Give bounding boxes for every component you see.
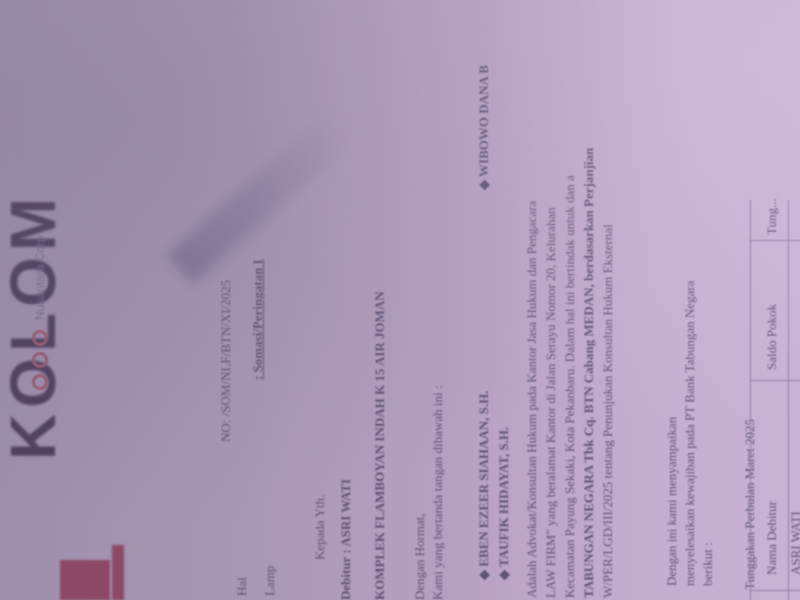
attachment-label: Lamp	[262, 566, 278, 596]
table-header-balance: Saldo Pokok	[764, 304, 780, 370]
reference-number: NO: /SOM/NLF/BTN/XI/2025	[218, 280, 234, 442]
letterhead-red-stripe	[112, 545, 124, 600]
paper-fold-shadow	[167, 108, 357, 285]
letterhead-red-bar	[60, 560, 110, 600]
recipient-name: Debitur : ASRI WATI	[338, 479, 354, 600]
brand-logo-circles-icon	[32, 330, 52, 402]
table-header-name: Nama Debitur	[764, 501, 780, 575]
body-line-3: Kecamatan Payung Sekaki, Kota Pekanbaru.…	[562, 175, 578, 598]
body-line-5: W/PER/LGD/III/2025 tentang Penunjukan Ko…	[600, 224, 616, 598]
greeting: Dengan Hormat,	[412, 513, 428, 600]
subject-label: Hal	[234, 577, 250, 596]
body2-line-2: menyelesaikan kewajiban pada PT Bank Tab…	[682, 281, 698, 586]
timestamp: 29 Nov 2025 11.28.50	[794, 0, 800, 4]
subject-value: : Somasi/Peringatan I	[250, 259, 266, 380]
signatory-2-name: TAUFIK HIDAYAT, S.H.	[496, 427, 511, 567]
lighting-overlay	[0, 0, 800, 600]
body-line-2: LAW FIRM" yang beralamat Kantor di Jalan…	[543, 207, 559, 598]
brand-subtitle: Nusantara Corp	[33, 235, 47, 320]
body-line-1: Adalah Advokat/Konsultan Hukum pada Kant…	[524, 201, 540, 598]
body-line-4: TABUNGAN NEGARA Tbk Cq. BTN Cabang MEDAN…	[581, 148, 597, 598]
intro-text: Kami yang bertanda tangan dibawah ini :	[430, 386, 446, 600]
document-photo: KOLOM Nusantara Corp NO: /SOM/NLF/BTN/XI…	[0, 0, 800, 600]
table-header-arrears: Tung...	[764, 198, 780, 235]
body2-line-1: Dengan ini kami menyampaikan	[664, 417, 680, 586]
recipient-address: KOMPLEK FLAMBOYAN INDAH K 15 AIR JOMAN	[372, 291, 388, 600]
signatory-2: ◆ TAUFIK HIDAYAT, S.H.	[496, 427, 512, 580]
signatory-1: ◆ EBEN EZEER SIAHAAN, S.H.	[476, 390, 492, 580]
recipient-salutation: Kepada Yth.	[312, 495, 328, 560]
signatory-3: ◆ WIBOWO DANA B	[476, 65, 492, 190]
brand-logo: KOLOM	[0, 192, 70, 460]
body2-line-3: berikut :	[700, 542, 716, 586]
signatory-1-name: EBEN EZEER SIAHAAN, S.H.	[476, 390, 491, 566]
table-cell-debtor: ASRI WATI	[788, 511, 800, 575]
photo-stamp-overlay: 29 Nov 2025 11.28.50 No.B8 komplek Flamb…	[794, 0, 800, 4]
signatory-3-name: WIBOWO DANA B	[476, 65, 491, 177]
